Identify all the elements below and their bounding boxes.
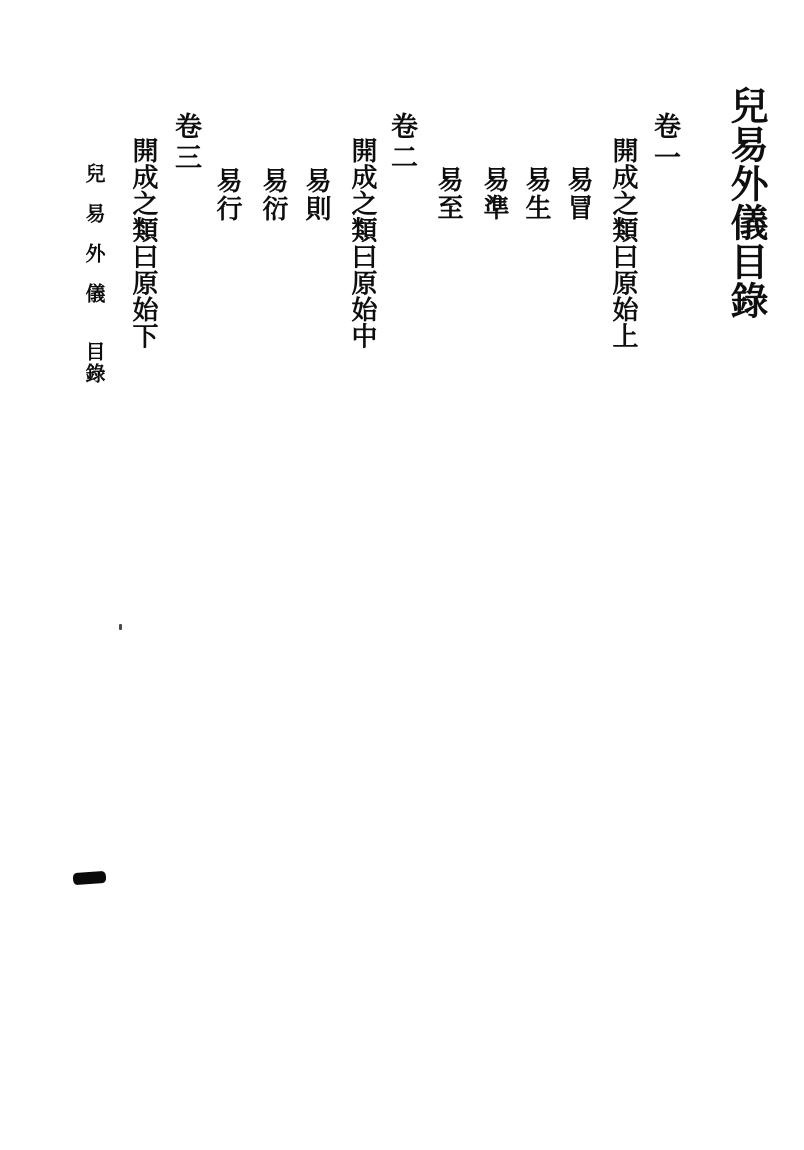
toc-entry-yi-yan: 易衍 — [260, 167, 286, 223]
toc-entry-yi-zhi: 易至 — [435, 166, 461, 222]
running-title-section: 目錄 — [83, 341, 103, 385]
volume-3-chapter-heading: 開成之類曰原始下 — [130, 137, 156, 349]
volume-3-label: 卷三 — [172, 112, 199, 174]
volume-1-label: 卷一 — [651, 112, 678, 174]
toc-entry-yi-ze: 易則 — [303, 167, 329, 223]
scanned-book-page: 兒易外儀目錄 卷一 開成之類曰原始上 易冒 易生 易準 易至 卷二 開成之類曰原… — [0, 0, 804, 1150]
toc-entry-yi-zhun: 易準 — [481, 166, 507, 222]
page-number: 一 — [73, 871, 107, 885]
toc-entry-yi-xing: 易行 — [214, 167, 240, 223]
toc-entry-yi-mao: 易冒 — [565, 166, 591, 222]
page-title: 兒易外儀目錄 — [726, 86, 764, 320]
volume-2-label: 卷二 — [388, 112, 415, 174]
volume-1-chapter-heading: 開成之類曰原始上 — [610, 137, 636, 349]
toc-entry-yi-sheng: 易生 — [523, 166, 549, 222]
volume-2-chapter-heading: 開成之類曰原始中 — [349, 137, 375, 349]
ink-speck — [119, 624, 122, 630]
running-title-book: 兒易外儀 — [83, 163, 103, 323]
